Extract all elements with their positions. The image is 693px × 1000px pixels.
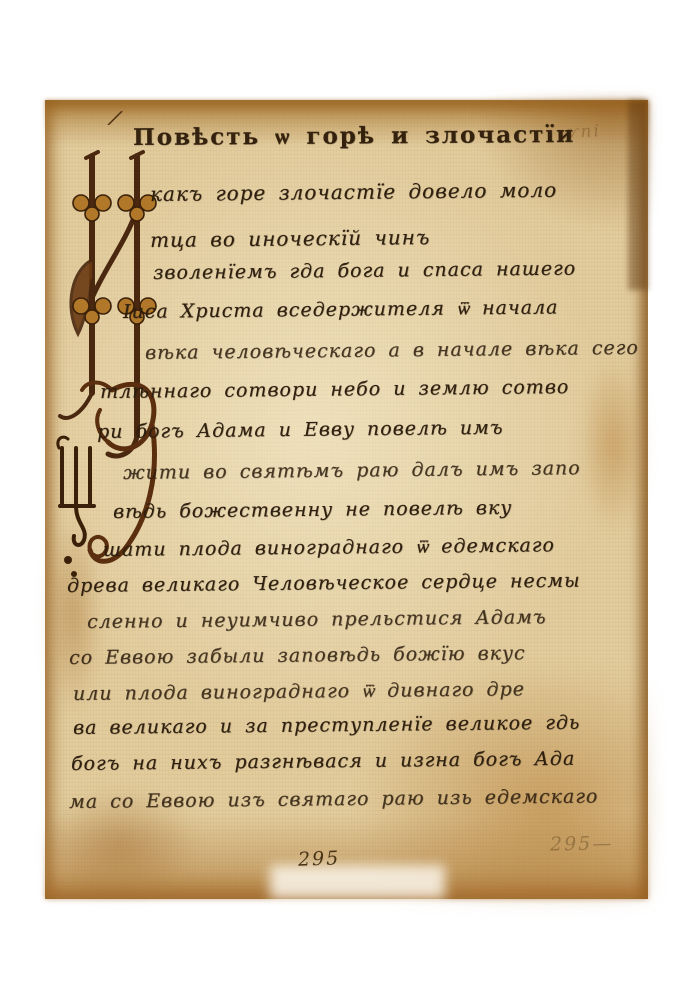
stain-bottom-band bbox=[45, 815, 648, 899]
text-line: со Еввою забыли заповѣдь божїю вкус bbox=[69, 642, 526, 669]
stain-right-mid bbox=[580, 360, 648, 530]
text-line: вѣка человѣческаго а в начале вѣка сего bbox=[145, 337, 639, 364]
folio-number: 295 bbox=[298, 847, 341, 870]
title-line: какъ горе злочастїе довело моло bbox=[150, 178, 557, 206]
title-line: тца во иноческїй чинъ bbox=[150, 225, 430, 252]
text-line: жити во святѣмъ раю далъ имъ запо bbox=[123, 457, 581, 484]
marginal-tick-mark: ⁄ bbox=[110, 106, 120, 132]
folio-number-faded: 295— bbox=[550, 832, 614, 855]
text-line: сленно и неуимчиво прельстися Адамъ bbox=[87, 606, 547, 633]
text-line: ва великаго и за преступленїе великое гд… bbox=[73, 712, 580, 739]
stain-right-edge-streak bbox=[628, 100, 648, 290]
text-line: ма со Еввою изъ святаго раю изь едемскаг… bbox=[69, 785, 599, 813]
ornamental-initial-letter: И bbox=[45, 100, 46, 101]
initial-shcha-ornament bbox=[58, 437, 94, 577]
text-line: шати плода винограднаго ѿ едемскаго bbox=[103, 534, 555, 562]
text-line: тлѣннаго сотвори небо и землю сотво bbox=[100, 376, 569, 403]
manuscript-page: И ⁄ ѵпі Повѣсть ѡ горѣ и злочастїи какъ … bbox=[45, 100, 648, 899]
text-line: вѣдь божественну не повелѣ вку bbox=[113, 497, 513, 523]
title-line: Повѣсть ѡ горѣ и злочастїи bbox=[133, 121, 575, 151]
stain-bottom-light-notch bbox=[270, 865, 445, 899]
text-line: древа великаго Человѣческое сердце несмы bbox=[67, 570, 581, 597]
stain-top-right-corner bbox=[475, 100, 648, 230]
text-line: Іиса Христа вседержителя ѿ начала bbox=[123, 296, 559, 324]
text-line: зволенїемъ гда бога и спаса нашего bbox=[153, 258, 576, 284]
stain-bottom-right-large bbox=[365, 670, 648, 899]
photo-canvas: И ⁄ ѵпі Повѣсть ѡ горѣ и злочастїи какъ … bbox=[0, 0, 693, 1000]
text-line: богъ на нихъ разгнѣвася и изгна богъ Ада bbox=[71, 748, 575, 775]
text-line: или плода винограднаго ѿ дивнаго дре bbox=[73, 678, 525, 706]
text-line: ри богъ Адама и Евву повелѣ имъ bbox=[97, 417, 504, 443]
